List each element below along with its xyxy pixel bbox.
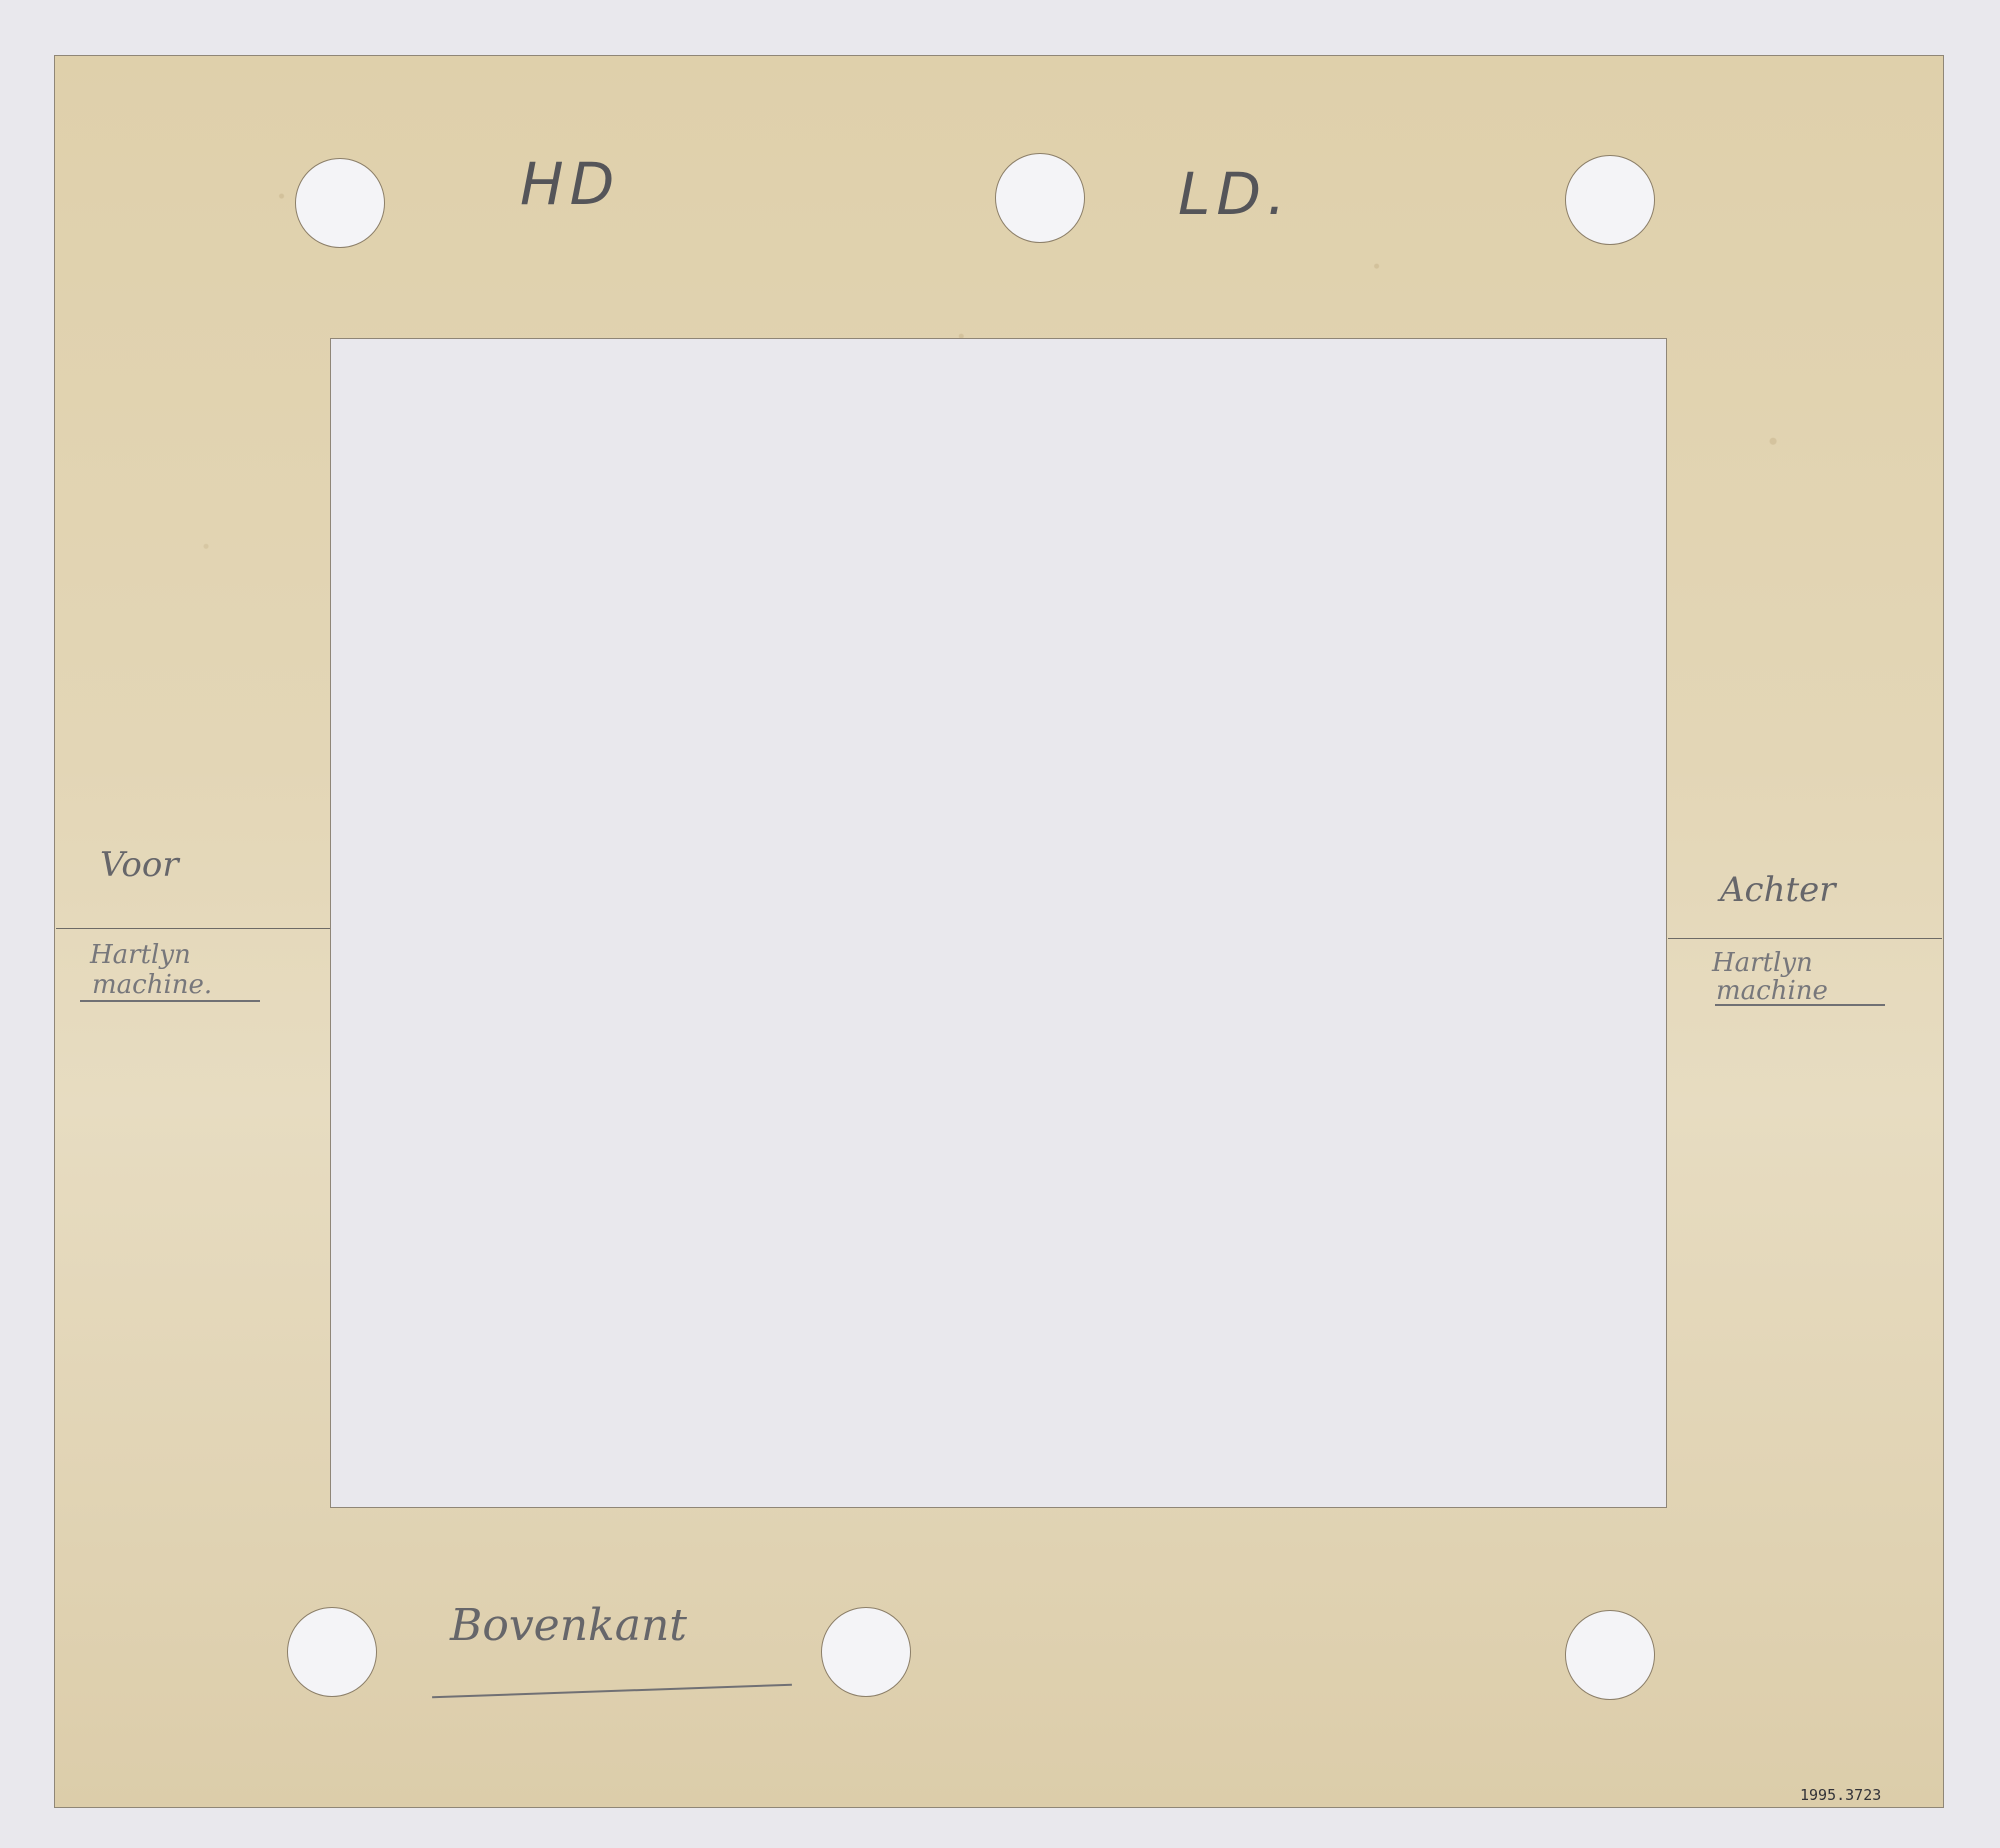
right-divider-line [1668, 938, 1942, 939]
label-ld: LD. [1178, 160, 1291, 228]
accession-number: 1995.3723 [1800, 1786, 1881, 1804]
label-hd: HD [520, 150, 620, 218]
label-right-hartlyn: Hartlyn [1712, 948, 1813, 978]
label-voor: Voor [100, 845, 179, 885]
center-cutout [330, 338, 1667, 1508]
punch-hole-top-left [295, 158, 385, 248]
punch-hole-bottom-center [821, 1607, 911, 1697]
label-right-machine: machine [1716, 976, 1828, 1006]
label-achter: Achter [1720, 870, 1836, 910]
right-underline [1715, 1004, 1885, 1006]
label-bovenkant: Bovenkant [450, 1600, 687, 1651]
label-left-machine: machine. [92, 970, 212, 1000]
left-divider-line [56, 928, 330, 929]
punch-hole-bottom-left [287, 1607, 377, 1697]
punch-hole-bottom-right [1565, 1610, 1655, 1700]
left-underline [80, 1000, 260, 1002]
label-left-hartlyn: Hartlyn [90, 940, 191, 970]
punch-hole-top-right [1565, 155, 1655, 245]
punch-hole-top-center [995, 153, 1085, 243]
